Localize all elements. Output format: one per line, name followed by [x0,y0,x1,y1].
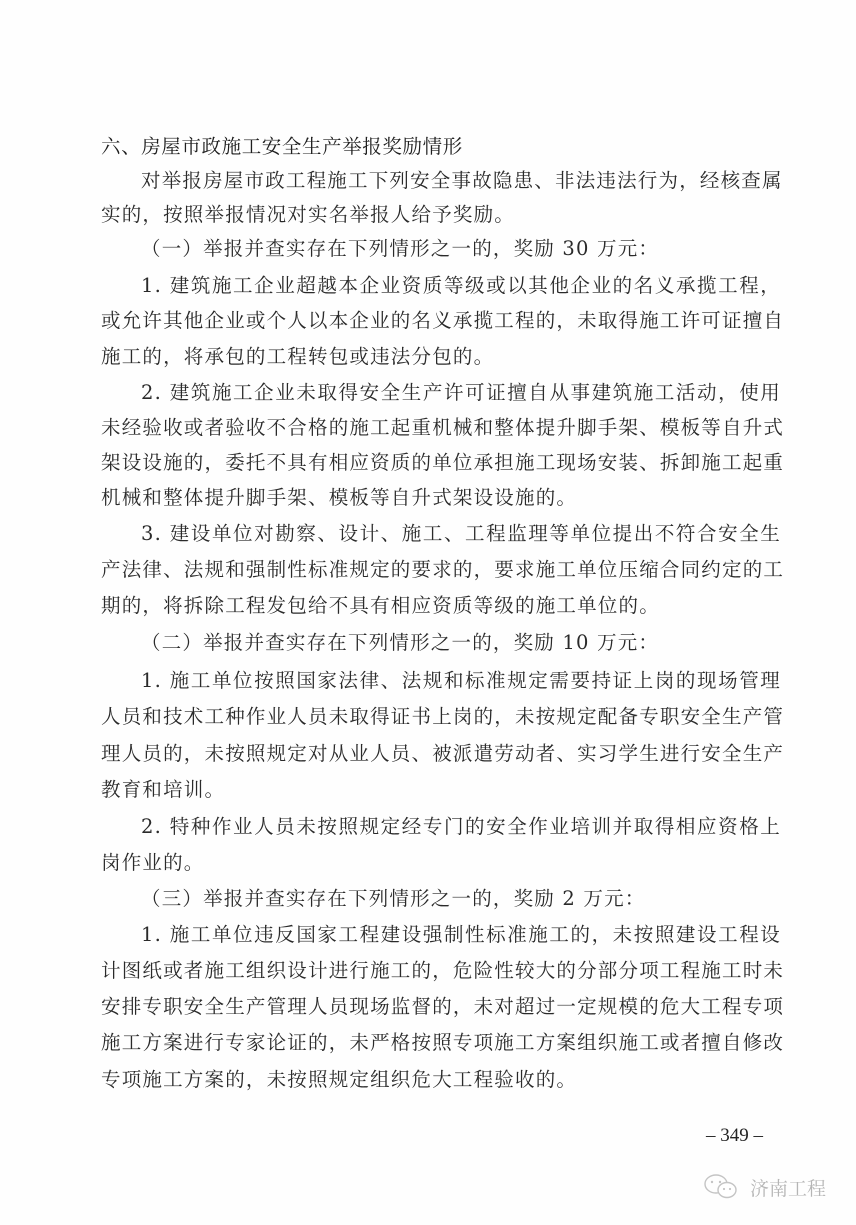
text-line: 产法律、法规和强制性标准规定的要求的，要求施工单位压缩合同约定的工 [101,557,781,583]
text-line: 理人员的，未按照规定对从业人员、被派遣劳动者、实习学生进行安全生产 [101,741,781,767]
text-line: 对举报房屋市政工程施工下列安全事故隐患、非法违法行为，经核查属 [141,168,781,194]
text-line: 教育和培训。 [101,777,781,803]
watermark: 济南工程 [702,1172,826,1202]
text-line: 施工的，将承包的工程转包或违法分包的。 [101,344,781,370]
text-line: 岗作业的。 [101,850,781,876]
text-line: 人员和技术工种作业人员未取得证书上岗的，未按规定配备专职安全生产管 [101,704,781,730]
text-line: 实的，按照举报情况对实名举报人给予奖励。 [101,202,781,228]
text-line: 2. 建筑施工企业未取得安全生产许可证擅自从事建筑施工活动，使用 [141,380,781,406]
text-line: 或允许其他企业或个人以本企业的名义承揽工程的，未取得施工许可证擅自 [101,308,781,334]
text-line: 计图纸或者施工组织设计进行施工的，危险性较大的分部分项工程施工时未 [101,958,781,984]
text-line: 2. 特种作业人员未按照规定经专门的安全作业培训并取得相应资格上 [141,814,781,840]
watermark-label: 济南工程 [750,1174,826,1201]
text-line: （一）举报并查实存在下列情形之一的，奖励 30 万元： [141,236,781,262]
wechat-icon [702,1172,742,1202]
text-line: 3. 建设单位对勘察、设计、施工、工程监理等单位提出不符合安全生 [141,521,781,547]
text-line: 1. 施工单位按照国家法律、法规和标准规定需要持证上岗的现场管理 [141,668,781,694]
document-page: 六、房屋市政施工安全生产举报奖励情形 对举报房屋市政工程施工下列安全事故隐患、非… [0,0,856,1225]
text-line: （二）举报并查实存在下列情形之一的，奖励 10 万元： [141,630,781,656]
text-line: 1. 施工单位违反国家工程建设强制性标准施工的，未按照建设工程设 [141,922,781,948]
text-line: 架设设施的，委托不具有相应资质的单位承担施工现场安装、拆卸施工起重 [101,450,781,476]
text-line: 未经验收或者验收不合格的施工起重机械和整体提升脚手架、模板等自升式 [101,415,781,441]
page-number: – 349 – [706,1125,763,1147]
text-line: （三）举报并查实存在下列情形之一的，奖励 2 万元： [141,886,781,912]
text-line: 1. 建筑施工企业超越本企业资质等级或以其他企业的名义承揽工程， [141,273,781,299]
text-line: 施工方案进行专家论证的，未严格按照专项施工方案组织施工或者擅自修改 [101,1030,781,1056]
text-line: 期的，将拆除工程发包给不具有相应资质等级的施工单位的。 [101,593,781,619]
text-line: 安排专职安全生产管理人员现场监督的，未对超过一定规模的危大工程专项 [101,994,781,1020]
text-line: 机械和整体提升脚手架、模板等自升式架设设施的。 [101,485,781,511]
text-line: 专项施工方案的，未按照规定组织危大工程验收的。 [101,1067,781,1093]
section-heading: 六、房屋市政施工安全生产举报奖励情形 [101,134,781,160]
